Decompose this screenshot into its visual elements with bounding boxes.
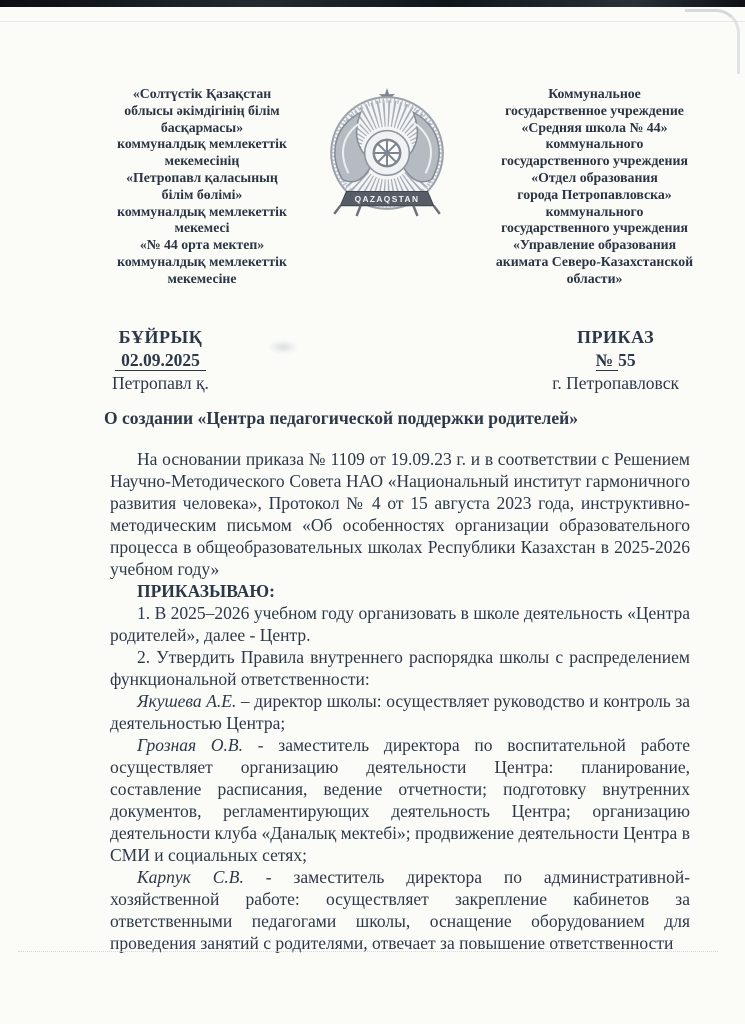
scan-artifact-line-bottom bbox=[18, 951, 718, 952]
responsibility-deputy-admin: Карпук С.В. - заместитель директора по а… bbox=[110, 866, 690, 954]
person-name: Грозная О.В. bbox=[137, 735, 243, 755]
person-name: Якушева А.Е. bbox=[137, 691, 236, 711]
paper-corner-shade bbox=[685, 9, 740, 74]
person-name: Карпук С.В. bbox=[137, 867, 244, 887]
preamble-paragraph: На основании приказа № 1109 от 19.09.23 … bbox=[110, 448, 690, 580]
emblem-container: QAZAQSTAN bbox=[322, 86, 452, 222]
responsibility-director: Якушева А.Е. – директор школы: осуществл… bbox=[110, 690, 690, 734]
order-word-russian: ПРИКАЗ bbox=[552, 326, 679, 349]
order-place-russian: г. Петропавловск bbox=[552, 372, 679, 395]
order-number-row: №55 bbox=[552, 349, 679, 372]
emblem-banner-label: QAZAQSTAN bbox=[355, 194, 420, 204]
order-heading-kazakh: БҰЙРЫҚ 02.09.2025 Петропавл қ. bbox=[112, 326, 209, 395]
order-number-sign: № bbox=[596, 350, 619, 371]
kazakhstan-coat-of-arms-icon: QAZAQSTAN bbox=[326, 86, 448, 222]
order-item-2: 2. Утвердить Правила внутреннего распоря… bbox=[110, 646, 690, 690]
order-number: 55 bbox=[618, 350, 636, 370]
order-item-1: 1. В 2025–2026 учебном году организовать… bbox=[110, 602, 690, 646]
order-heading-row: БҰЙРЫҚ 02.09.2025 Петропавл қ. ПРИКАЗ №5… bbox=[112, 326, 679, 395]
scanned-order-document: «Солтүстік Қазақстан облысы әкімдігінің … bbox=[0, 0, 745, 1024]
issuer-name-russian: Коммунальное государственное учреждение … bbox=[452, 86, 737, 288]
document-header: «Солтүстік Қазақстан облысы әкімдігінің … bbox=[82, 86, 737, 288]
responsibility-deputy-education: Грозная О.В. - заместитель директора по … bbox=[110, 734, 690, 866]
scanner-edge-strip bbox=[0, 0, 745, 7]
scan-smudge bbox=[268, 340, 298, 354]
order-date: 02.09.2025 bbox=[115, 350, 206, 371]
order-place-kazakh: Петропавл қ. bbox=[112, 372, 209, 395]
scan-artifact-line-top bbox=[0, 21, 745, 22]
order-heading-russian: ПРИКАЗ №55 г. Петропавловск bbox=[552, 326, 679, 395]
order-subject-title: О создании «Центра педагогической поддер… bbox=[104, 407, 690, 429]
issuer-name-kazakh: «Солтүстік Қазақстан облысы әкімдігінің … bbox=[82, 86, 322, 288]
order-date-row: 02.09.2025 bbox=[112, 349, 209, 372]
decree-word: ПРИКАЗЫВАЮ: bbox=[110, 580, 690, 602]
order-word-kazakh: БҰЙРЫҚ bbox=[112, 326, 209, 349]
order-body: На основании приказа № 1109 от 19.09.23 … bbox=[110, 448, 690, 954]
